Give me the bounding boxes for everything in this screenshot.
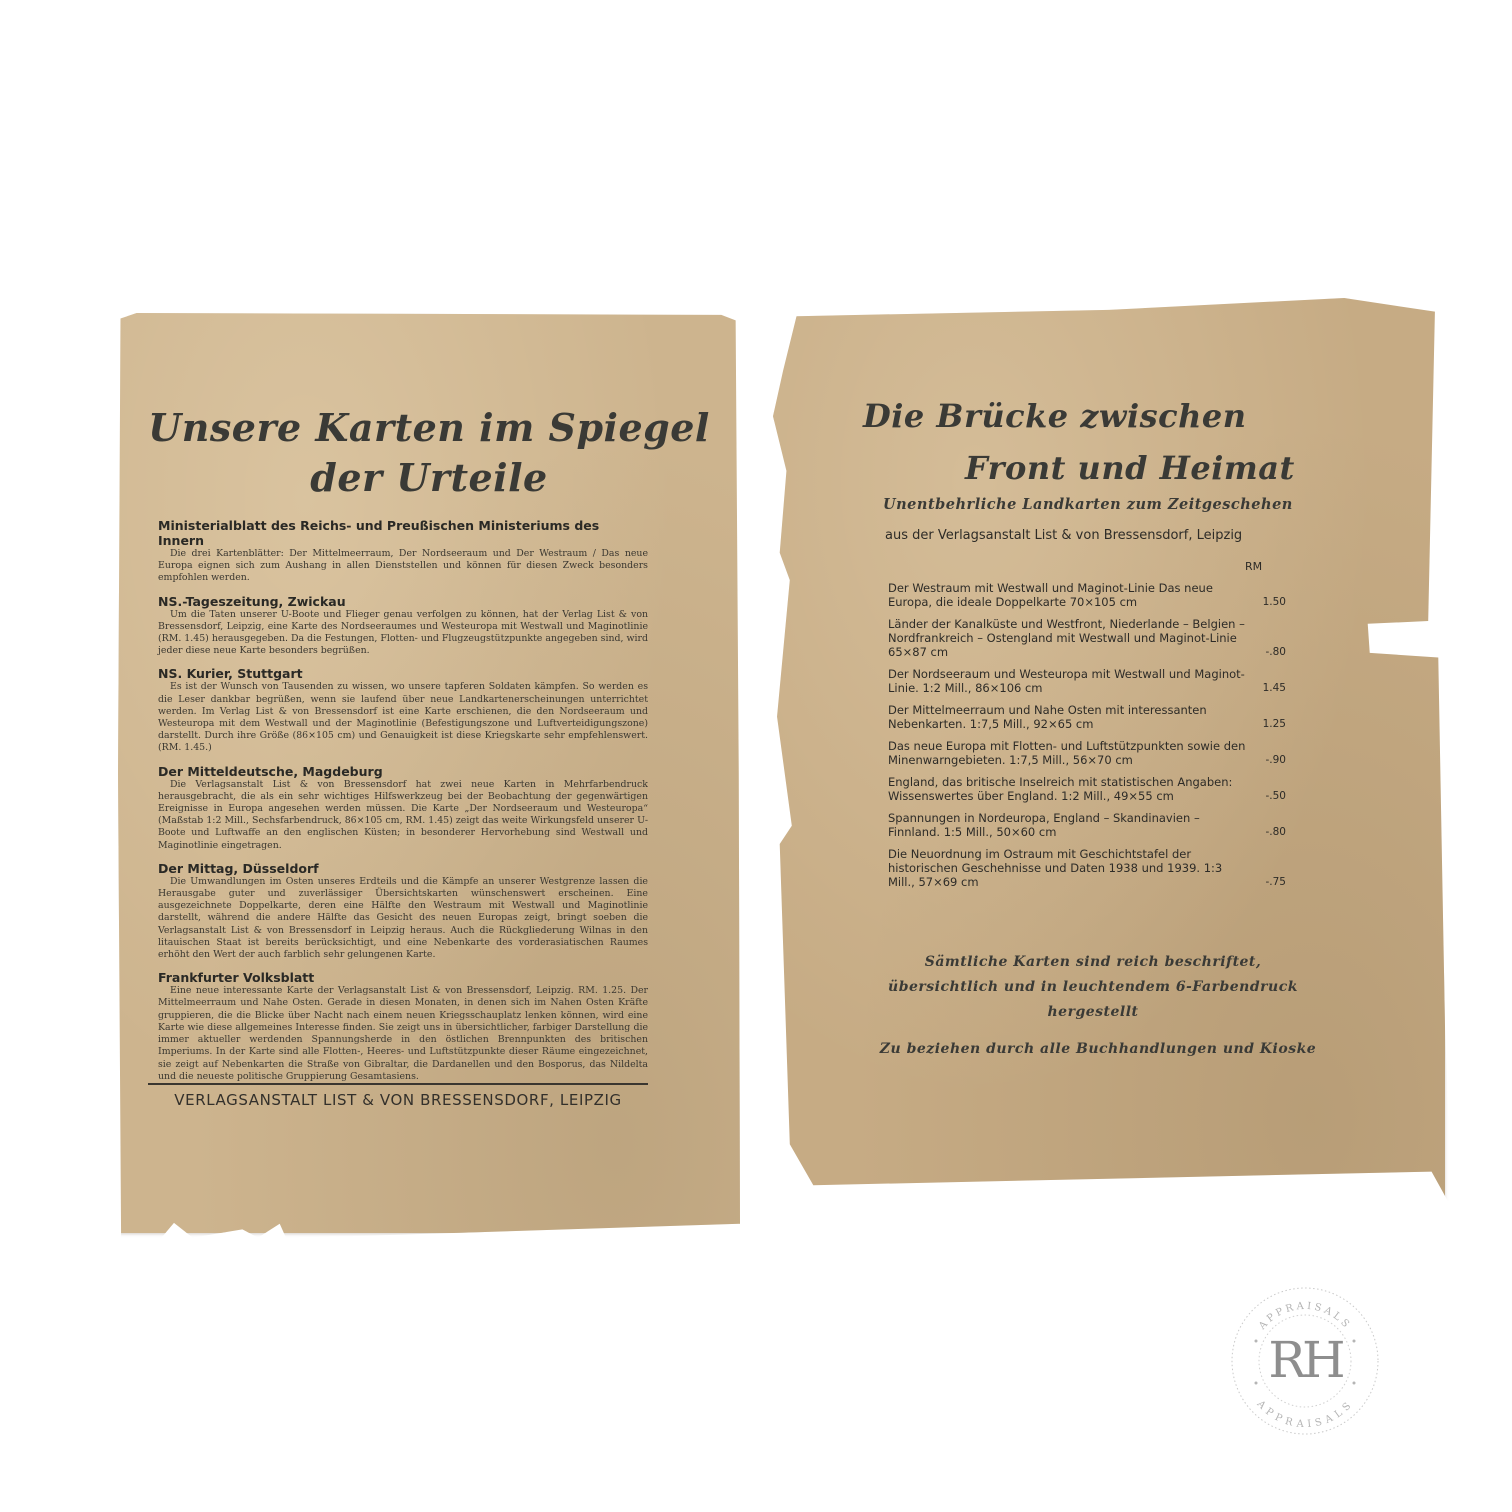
subtitle: Unentbehrliche Landkarten zum Zeitgesche… <box>883 496 1293 513</box>
svg-text:APPRAISALS: APPRAISALS <box>1256 1301 1353 1333</box>
review-source: NS. Kurier, Stuttgart <box>158 666 648 681</box>
map-price: 1.25 <box>1263 717 1286 731</box>
review-source: Ministerialblatt des Reichs- und Preußis… <box>158 518 648 548</box>
map-price: -.80 <box>1266 645 1287 659</box>
map-description: Spannungen in Nordeuropa, England – Skan… <box>888 811 1286 839</box>
publisher-line: aus der Verlagsanstalt List & von Bresse… <box>885 528 1242 543</box>
review-entry: Ministerialblatt des Reichs- und Preußis… <box>158 518 648 585</box>
quality-note: Sämtliche Karten sind reich beschriftet,… <box>883 950 1303 1025</box>
price-list-item: Spannungen in Nordeuropa, England – Skan… <box>888 811 1286 839</box>
map-description: Der Westraum mit Westwall und Maginot-Li… <box>888 581 1286 609</box>
map-description: Das neue Europa mit Flotten- und Luftstü… <box>888 739 1286 767</box>
review-text: Die Verlagsanstalt List & von Bressensdo… <box>158 779 648 852</box>
right-document-sheet: Die Brücke zwischen Front und Heimat Une… <box>773 298 1445 1208</box>
review-entries: Ministerialblatt des Reichs- und Preußis… <box>158 518 648 1092</box>
map-description: England, das britische Inselreich mit st… <box>888 775 1286 803</box>
appraisal-watermark: APPRAISALS APPRAISALS RH <box>1229 1285 1381 1437</box>
review-entry: Der Mittag, Düsseldorf Die Umwandlungen … <box>158 861 648 961</box>
price-list-item: Der Westraum mit Westwall und Maginot-Li… <box>888 581 1286 609</box>
review-source: Der Mittag, Düsseldorf <box>158 861 648 876</box>
svg-text:APPRAISALS: APPRAISALS <box>1254 1398 1356 1430</box>
publisher-footer: VERLAGSANSTALT LIST & VON BRESSENSDORF, … <box>148 1091 648 1109</box>
map-price: -.75 <box>1266 875 1287 889</box>
price-list-item: Länder der Kanalküste und Westfront, Nie… <box>888 617 1286 659</box>
review-source: Frankfurter Volksblatt <box>158 970 648 985</box>
review-text: Die Umwandlungen im Osten unseres Erdtei… <box>158 876 648 961</box>
map-price: -.50 <box>1266 789 1287 803</box>
left-sheet-title: Unsere Karten im Spiegel der Urteile <box>118 403 740 503</box>
map-price: -.90 <box>1266 753 1287 767</box>
title-line-2: der Urteile <box>118 453 740 503</box>
review-text: Die drei Kartenblätter: Der Mittelmeerra… <box>158 548 648 585</box>
right-sheet-title: Die Brücke zwischen Front und Heimat <box>863 390 1295 494</box>
review-source: NS.-Tageszeitung, Zwickau <box>158 594 648 609</box>
left-document-sheet: Unsere Karten im Spiegel der Urteile Min… <box>118 313 740 1233</box>
map-price: 1.50 <box>1263 595 1286 609</box>
price-list-item: Der Mittelmeerraum und Nahe Osten mit in… <box>888 703 1286 731</box>
review-entry: NS. Kurier, Stuttgart Es ist der Wunsch … <box>158 666 648 754</box>
review-text: Eine neue interessante Karte der Verlags… <box>158 985 648 1083</box>
map-description: Die Neuordnung im Ostraum mit Geschichts… <box>888 847 1286 889</box>
review-text: Es ist der Wunsch von Tausenden zu wisse… <box>158 681 648 754</box>
map-description: Der Nordseeraum und Westeuropa mit Westw… <box>888 667 1286 695</box>
review-entry: NS.-Tageszeitung, Zwickau Um die Taten u… <box>158 594 648 658</box>
review-entry: Frankfurter Volksblatt Eine neue interes… <box>158 970 648 1083</box>
review-text: Um die Taten unserer U-Boote und Flieger… <box>158 609 648 658</box>
availability-note: Zu beziehen durch alle Buchhandlungen un… <box>863 1041 1333 1057</box>
map-description: Länder der Kanalküste und Westfront, Nie… <box>888 617 1286 659</box>
map-price: -.80 <box>1266 825 1287 839</box>
title-line-1: Unsere Karten im Spiegel <box>118 403 740 453</box>
title-line-2: Front und Heimat <box>863 442 1295 494</box>
price-list-item: England, das britische Inselreich mit st… <box>888 775 1286 803</box>
price-list-item: Der Nordseeraum und Westeuropa mit Westw… <box>888 667 1286 695</box>
review-source: Der Mitteldeutsche, Magdeburg <box>158 764 648 779</box>
price-list-item: Die Neuordnung im Ostraum mit Geschichts… <box>888 847 1286 889</box>
map-description: Der Mittelmeerraum und Nahe Osten mit in… <box>888 703 1286 731</box>
watermark-monogram: RH <box>1229 1331 1381 1389</box>
map-price-list: Der Westraum mit Westwall und Maginot-Li… <box>888 581 1286 897</box>
map-price: 1.45 <box>1263 681 1286 695</box>
title-line-1: Die Brücke zwischen <box>863 390 1295 442</box>
footer-divider <box>148 1083 648 1085</box>
price-list-item: Das neue Europa mit Flotten- und Luftstü… <box>888 739 1286 767</box>
price-column-header: RM <box>1245 560 1262 573</box>
review-entry: Der Mitteldeutsche, Magdeburg Die Verlag… <box>158 764 648 852</box>
